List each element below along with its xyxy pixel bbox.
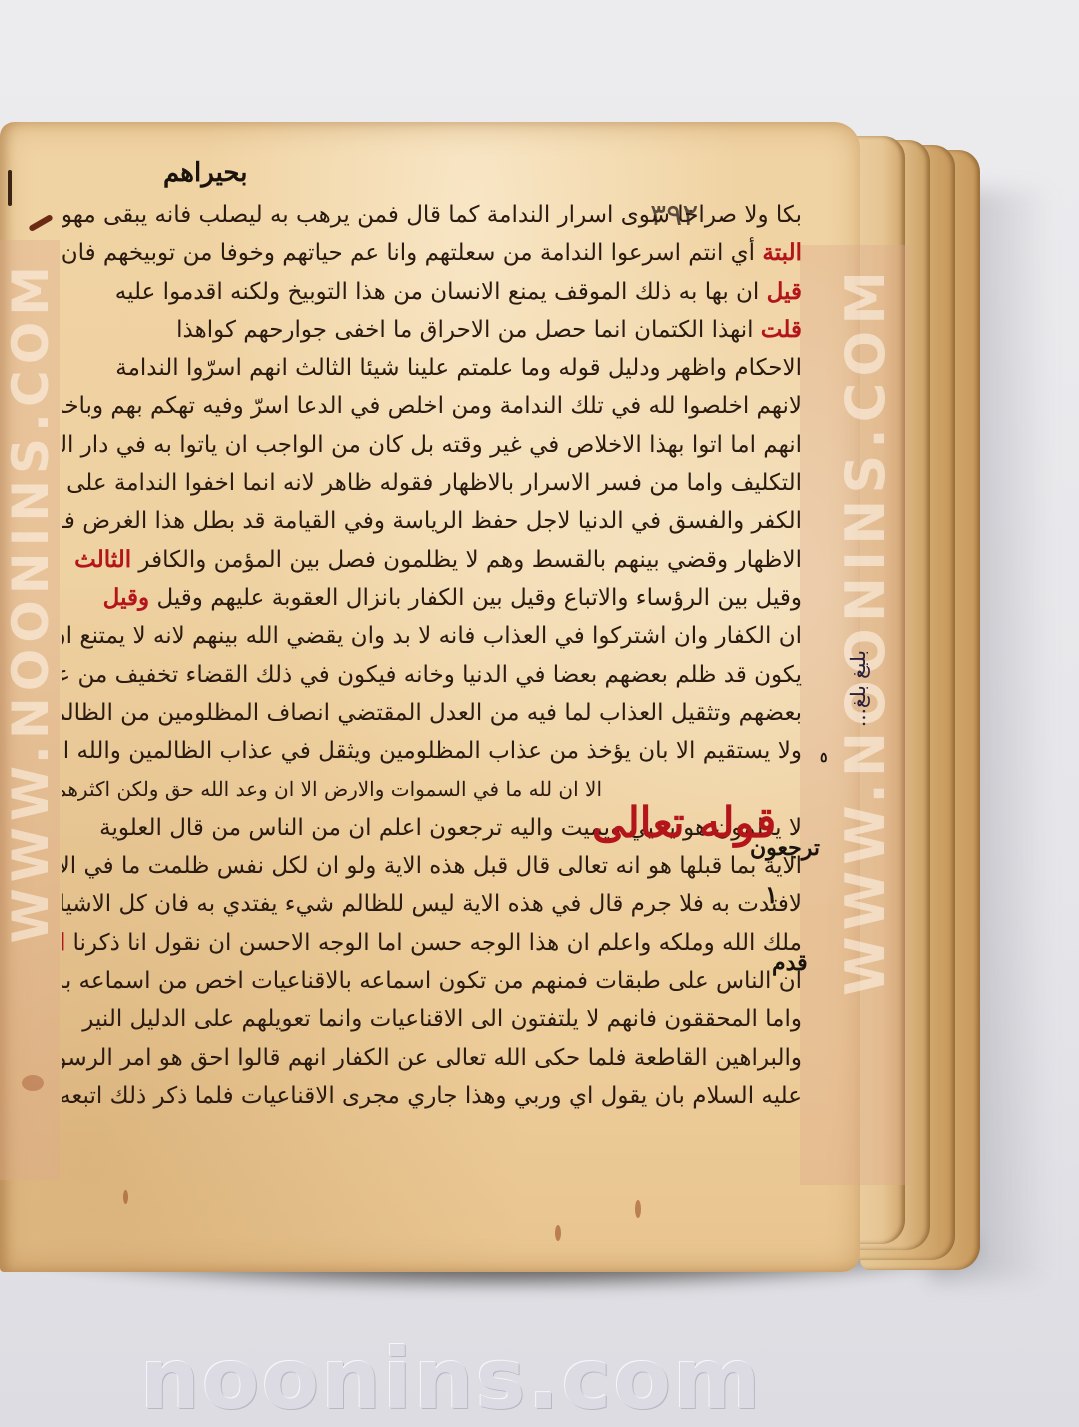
text-line: ان الناس على طبقات فمنهم من تكون اسماعه … [62, 962, 802, 1000]
text-line: لانهم اخلصوا لله في تلك الندامة ومن اخلص… [62, 387, 802, 425]
section-heading: قوله تعالى [592, 798, 776, 847]
margin-note: ٥ [820, 750, 828, 766]
margin-note: قدم [772, 950, 808, 976]
text-line: عليه السلام بان يقول اي وربي وهذا جاري م… [62, 1077, 802, 1115]
margin-side-note: ...بليغ بلغ [846, 650, 870, 727]
manuscript-text: بكا ولا صراخا سوى اسرار الندامة كما قال … [62, 196, 802, 1115]
text-line: ولا يستقيم الا بان يؤخذ من عذاب المظلومي… [62, 732, 802, 770]
rubric-word: البتة [762, 239, 802, 266]
rubric-word: وقيل [103, 584, 149, 611]
text-line: انهم اما اتوا بهذا الاخلاص في غير وقته ب… [62, 426, 802, 464]
text-line: يكون قد ظلم بعضهم بعضا في الدنيا وخانه ف… [62, 656, 802, 694]
top-catchword: بحيراهم [163, 158, 247, 188]
text-line: البتة أي انتم اسرعوا الندامة من سعلتهم و… [62, 234, 802, 272]
text-line: قلت انهذا الكتمان انما حصل من الاحراق ما… [62, 311, 802, 349]
margin-note: ١ [765, 880, 778, 909]
text-line: الاظهار وقضي بينهم بالقسط وهم لا يظلمون … [62, 541, 802, 579]
ink-stain [555, 1225, 561, 1241]
vertical-watermark-left: WWW.NOONINS.COM [0, 240, 60, 1180]
text-line: بعضهم وتثقيل العذاب لما فيه من العدل الم… [62, 694, 802, 732]
watermark-text: WWW.NOONINS.COM [834, 265, 897, 996]
text-line: لافتدت به فلا جرم قال في هذه الاية ليس ل… [62, 885, 802, 923]
margin-stroke [8, 170, 12, 206]
text-line: واما المحققون فانهم لا يلتفتون الى الاقن… [62, 1000, 802, 1038]
ink-stain [123, 1190, 128, 1204]
text-line: بكا ولا صراخا سوى اسرار الندامة كما قال … [62, 196, 802, 234]
text-line: الاحكام واظهر ودليل قوله وما علمتم علينا… [62, 349, 802, 387]
text-line: التكليف واما من فسر الاسرار بالاظهار فقو… [62, 464, 802, 502]
site-watermark: noonins.com [140, 1330, 740, 1427]
rubric-word: قيل [767, 278, 802, 305]
text-line: ان الكفار وان اشتركوا في العذاب فانه لا … [62, 617, 802, 655]
text-line: الكفر والفسق في الدنيا لاجل حفظ الرياسة … [62, 502, 802, 540]
watermark-text: WWW.NOONINS.COM [2, 260, 60, 943]
rubric-word: الثالث [74, 546, 131, 573]
text-line: وقيل بين الرؤساء والاتباع وقيل بين الكفا… [62, 579, 802, 617]
text-line: والبراهين القاطعة فلما حكى الله تعالى عن… [62, 1039, 802, 1077]
margin-note: ترجعون [750, 835, 820, 861]
text-line: قيل ان بها به ذلك الموقف يمنع الانسان من… [62, 273, 802, 311]
rubric-word: قلت [761, 316, 802, 343]
text-line: ملك الله وملكه واعلم ان هذا الوجه حسن ام… [62, 924, 802, 962]
text-line: الاية بما قبلها هو انه تعالى قال قبل هذه… [62, 847, 802, 885]
rubric-word: الوجه [62, 929, 65, 956]
ink-stain [635, 1200, 641, 1218]
